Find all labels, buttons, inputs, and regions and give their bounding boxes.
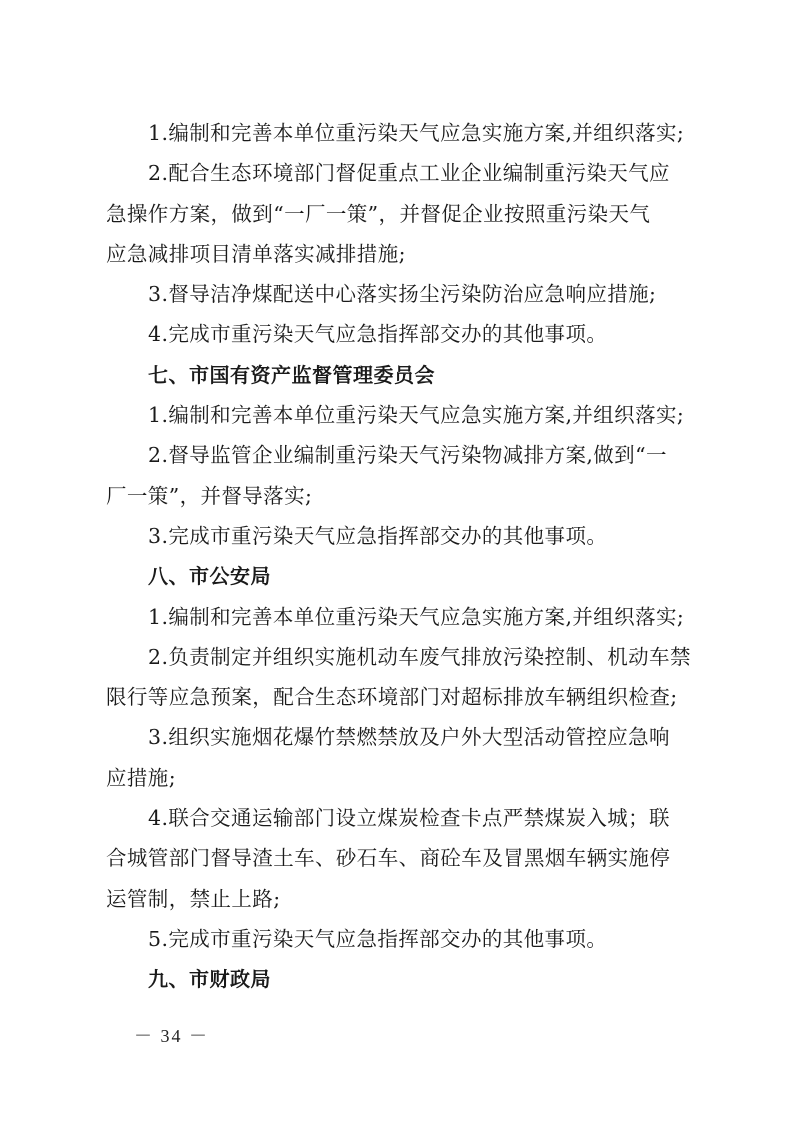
page-number: － 34 －	[134, 1022, 209, 1048]
section-heading: 九、市财政局	[106, 959, 696, 999]
list-item: 2.配合生态环境部门督促重点工业企业编制重污染天气应	[106, 153, 696, 193]
section-heading: 八、市公安局	[106, 556, 696, 596]
list-item: 4.完成市重污染天气应急指挥部交办的其他事项。	[106, 314, 696, 354]
list-item-continuation: 限行等应急预案，配合生态环境部门对超标排放车辆组织检查;	[106, 677, 696, 717]
list-item: 3.组织实施烟花爆竹禁燃禁放及户外大型活动管控应急响	[106, 717, 696, 757]
document-body: 1.编制和完善本单位重污染天气应急实施方案,并组织落实; 2.配合生态环境部门督…	[106, 113, 696, 1000]
list-item-continuation: 应急减排项目清单落实减排措施;	[106, 234, 696, 274]
list-item-continuation: 应措施;	[106, 758, 696, 798]
list-item: 1.编制和完善本单位重污染天气应急实施方案,并组织落实;	[106, 395, 696, 435]
list-item-continuation: 厂一策”，并督导落实;	[106, 476, 696, 516]
list-item: 5.完成市重污染天气应急指挥部交办的其他事项。	[106, 919, 696, 959]
list-item: 2.督导监管企业编制重污染天气污染物减排方案,做到“一	[106, 435, 696, 475]
list-item: 1.编制和完善本单位重污染天气应急实施方案,并组织落实;	[106, 113, 696, 153]
list-item-continuation: 急操作方案，做到“一厂一策”，并督促企业按照重污染天气	[106, 194, 696, 234]
section-heading: 七、市国有资产监督管理委员会	[106, 355, 696, 395]
list-item-continuation: 合城管部门督导渣土车、砂石车、商砼车及冒黑烟车辆实施停	[106, 838, 696, 878]
list-item: 3.完成市重污染天气应急指挥部交办的其他事项。	[106, 516, 696, 556]
list-item: 3.督导洁净煤配送中心落实扬尘污染防治应急响应措施;	[106, 274, 696, 314]
list-item: 2.负责制定并组织实施机动车废气排放污染控制、机动车禁	[106, 637, 696, 677]
list-item-continuation: 运管制，禁止上路;	[106, 879, 696, 919]
list-item: 1.编制和完善本单位重污染天气应急实施方案,并组织落实;	[106, 597, 696, 637]
list-item: 4.联合交通运输部门设立煤炭检查卡点严禁煤炭入城；联	[106, 798, 696, 838]
